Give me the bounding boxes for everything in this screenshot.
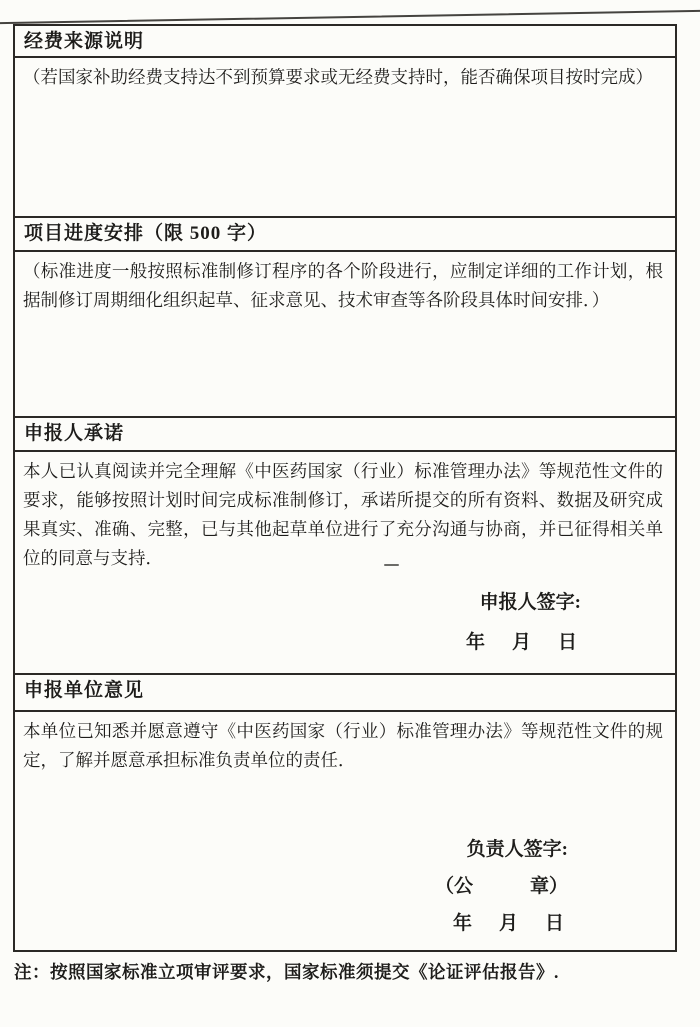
- section-body-funding-source: （若国家补助经费支持达不到预算要求或无经费支持时，能否确保项目按时完成）: [15, 58, 675, 218]
- section-body-applicant-commitment: 本人已认真阅读并完全理解《中医药国家（行业）标准管理办法》等规范性文件的要求，能…: [15, 452, 675, 675]
- section-body-project-schedule: （标准进度一般按照标准制修订程序的各个阶段进行，应制定详细的工作计划，根据制修订…: [15, 252, 675, 418]
- unit-seal-line: （公 章）: [23, 868, 568, 905]
- unit-signature-label: 负责人签字:: [23, 831, 568, 868]
- applicant-signature-label: 申报人签字:: [23, 583, 581, 623]
- section-body-unit-opinion: 本单位已知悉并愿意遵守《中医药国家（行业）标准管理办法》等规范性文件的规定，了解…: [15, 712, 675, 950]
- section-title-applicant-commitment: 申报人承诺: [15, 418, 675, 452]
- funding-source-hint-text: （若国家补助经费支持达不到预算要求或无经费支持时，能否确保项目按时完成）: [23, 63, 663, 92]
- section-title-project-schedule: 项目进度安排（限 500 字）: [15, 218, 675, 252]
- scan-artifact-top-line: [0, 10, 700, 24]
- footnote-national-standard-note: 注：按照国家标准立项审评要求，国家标准须提交《论证评估报告》.: [14, 958, 686, 987]
- applicant-commitment-text: 本人已认真阅读并完全理解《中医药国家（行业）标准管理办法》等规范性文件的要求，能…: [23, 457, 663, 573]
- project-schedule-hint-text: （标准进度一般按照标准制修订程序的各个阶段进行，应制定详细的工作计划，根据制修订…: [23, 257, 663, 315]
- unit-signature-date-line: 年 月 日: [23, 905, 568, 942]
- section-title-unit-opinion: 申报单位意见: [15, 675, 675, 712]
- unit-signature-block: 负责人签字: （公 章） 年 月 日: [23, 831, 663, 942]
- scanned-form-page: 经费来源说明 （若国家补助经费支持达不到预算要求或无经费支持时，能否确保项目按时…: [0, 0, 700, 1027]
- applicant-signature-date-line: 年 月 日: [23, 623, 581, 663]
- applicant-signature-block: 申报人签字: 年 月 日: [23, 583, 663, 663]
- section-title-funding-source: 经费来源说明: [15, 26, 675, 58]
- application-form-table: 经费来源说明 （若国家补助经费支持达不到预算要求或无经费支持时，能否确保项目按时…: [13, 24, 677, 952]
- scan-artifact-dash: [384, 564, 399, 566]
- unit-opinion-text: 本单位已知悉并愿意遵守《中医药国家（行业）标准管理办法》等规范性文件的规定，了解…: [23, 717, 663, 775]
